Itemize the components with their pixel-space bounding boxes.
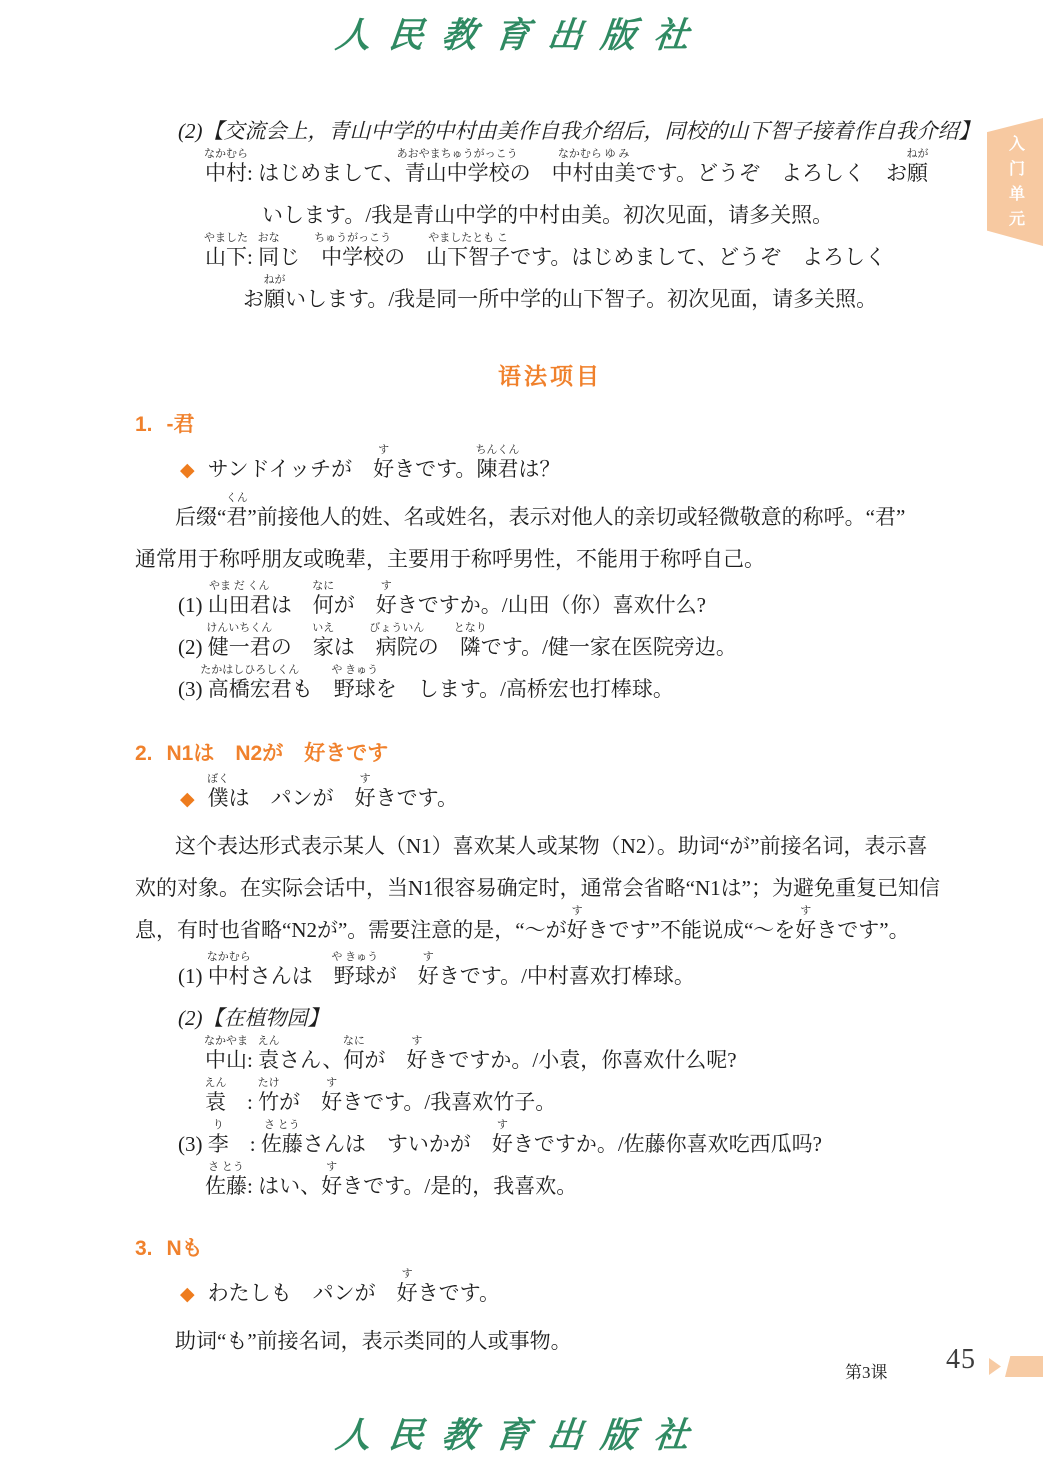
item-2-number: 2. — [135, 742, 153, 765]
publisher-logo-top: 人民教育出版社 — [0, 8, 1043, 58]
ruby-base: 好す — [795, 918, 816, 942]
text-line: 助词“も”前接名词，表示类同的人或事物。 — [175, 1320, 965, 1362]
ruby-base: 好す — [373, 457, 394, 481]
furigana: す — [381, 581, 392, 592]
item-3-key-sentence-text: わたしも パンが 好すきです。 — [208, 1281, 500, 1305]
lesson-label: 第3课 — [845, 1358, 888, 1383]
diamond-bullet-icon: ◆ — [180, 459, 195, 481]
item-1-number: 1. — [135, 413, 153, 436]
furigana: えん — [205, 1078, 227, 1089]
furigana: なかむら — [207, 952, 251, 963]
text-line: 中山なかやま: 袁えんさん、何なにが 好すきですか。/小袁，你喜欢什么呢? — [205, 1039, 965, 1081]
diamond-bullet-icon: ◆ — [180, 1283, 195, 1305]
item-1-examples: (1) 山田君やま だ くんは 何なにが 好すきですか。/山田（你）喜欢什么?(… — [135, 584, 965, 710]
furigana: ねが — [264, 275, 286, 286]
ruby-base: 佐藤さ とう — [205, 1174, 247, 1198]
ruby-base: 好す — [355, 786, 376, 810]
furigana: いえ — [312, 623, 334, 634]
ruby-base: 願ねが — [264, 287, 285, 311]
dialogue-intro: (2)【交流会上，青山中学的中村由美作自我介绍后，同校的山下智子接着作自我介绍】 — [178, 110, 965, 152]
ruby-base: 同おな — [258, 245, 279, 269]
ruby-base: 佐藤さ とう — [261, 1132, 303, 1156]
unit-tab: 入门单元 — [987, 118, 1043, 246]
ruby-base: 青山中学校あおやまちゅうがっこう — [405, 161, 510, 185]
furigana: す — [326, 1078, 337, 1089]
item-1-explanation: 后缀“君くん”前接他人的姓、名或姓名，表示对他人的亲切或轻微敬意的称呼。“君”通… — [135, 496, 965, 580]
item-1-key-sentence-text: サンドイッチが 好すきです。陳君ちんくんは？ — [208, 457, 561, 481]
arrow-band-icon — [1005, 1356, 1043, 1377]
text-line: (3) 李り : 佐藤さ とうさんは すいかが 好すきですか。/佐藤你喜欢吃西瓜… — [178, 1123, 965, 1165]
ruby-base: 山下智子やましたとも こ — [426, 245, 510, 269]
furigana: り — [213, 1120, 224, 1131]
ruby-base: 好す — [492, 1132, 513, 1156]
furigana: となり — [454, 623, 487, 634]
text-line: 中村なかむら: はじめまして、青山中学校あおやまちゅうがっこうの 中村由美なかむ… — [205, 152, 965, 194]
item-1-title: 1.-君 — [135, 410, 965, 440]
ruby-base: 山下やました — [205, 245, 247, 269]
furigana: ちんくん — [475, 445, 519, 456]
ruby-base: 僕ぼく — [208, 786, 229, 810]
publisher-logo-bottom: 人民教育出版社 — [0, 1408, 1043, 1458]
item-2-title: 2.N1は N2が 好きです — [135, 739, 965, 769]
ruby-base: 好す — [321, 1174, 342, 1198]
grammar-heading-wrap: 语法项目 — [135, 358, 965, 391]
ruby-base: 李り — [208, 1132, 229, 1156]
ruby-base: 袁えん — [258, 1048, 279, 1072]
ruby-base: 何なに — [313, 593, 334, 617]
item-3-number: 3. — [135, 1237, 153, 1260]
text-line: 佐藤さ とう: はい、好すきです。/是的，我喜欢。 — [205, 1165, 965, 1207]
furigana: す — [497, 1120, 508, 1131]
furigana: なかむら ゆ み — [558, 149, 630, 160]
arrow-triangle-icon — [989, 1358, 1001, 1375]
furigana: す — [411, 1036, 422, 1047]
text-line: 袁えん : 竹たけが 好すきです。/我喜欢竹子。 — [205, 1081, 965, 1123]
furigana: す — [800, 906, 811, 917]
item-3-key-sentence: ◆わたしも パンが 好すきです。 — [180, 1272, 965, 1314]
text-line: (3) 高橋宏君たかはしひろしくんも 野球や きゅうを します。/高桥宏也打棒球… — [178, 668, 965, 710]
furigana: びょういん — [369, 623, 424, 634]
item-3-explanation: 助词“も”前接名词，表示类同的人或事物。 — [135, 1320, 965, 1362]
ruby-base: 野球や きゅう — [334, 677, 376, 701]
furigana: なかやま — [204, 1036, 248, 1047]
dialogue-lines: 中村なかむら: はじめまして、青山中学校あおやまちゅうがっこうの 中村由美なかむ… — [135, 152, 965, 320]
ruby-base: 病院びょういん — [376, 635, 418, 659]
text-line: 息，有时也省略“N2が”。需要注意的是，“～が好すきです”不能说成“～を好すきで… — [135, 909, 965, 951]
item-2-title-text: N1は N2が 好きです — [167, 742, 389, 765]
ruby-base: 健一君けんいちくん — [208, 635, 271, 659]
ruby-base: 好す — [376, 593, 397, 617]
text-line: いします。/我是青山中学的中村由美。初次见面，请多关照。 — [262, 194, 965, 236]
grammar-item-2: 2.N1は N2が 好きです ◆僕ぼくは パンが 好すきです。 这个表达形式表示… — [135, 739, 965, 1207]
furigana: さ とう — [208, 1162, 244, 1173]
ruby-base: 中学校ちゅうがっこう — [321, 245, 384, 269]
ruby-base: 家いえ — [313, 635, 334, 659]
text-line: (1) 山田君やま だ くんは 何なにが 好すきですか。/山田（你）喜欢什么? — [178, 584, 965, 626]
text-line: (2) 健一君けんいちくんの 家いえは 病院びょういんの 隣となりです。/健一家… — [178, 626, 965, 668]
furigana: さ とう — [264, 1120, 300, 1131]
furigana: けんいちくん — [206, 623, 272, 634]
furigana: なかむら — [204, 149, 248, 160]
text-line: 山下やました: 同おなじ 中学校ちゅうがっこうの 山下智子やましたとも こです。… — [205, 236, 965, 278]
ruby-base: 竹たけ — [258, 1090, 279, 1114]
ruby-base: 願ねが — [907, 161, 928, 185]
text-line: (1) 中村なかむらさんは 野球や きゅうが 好すきです。/中村喜欢打棒球。 — [178, 955, 965, 997]
furigana: す — [423, 952, 434, 963]
ruby-base: 袁えん — [205, 1090, 226, 1114]
ruby-base: 好す — [406, 1048, 427, 1072]
text-line: お願ねがいします。/我是同一所中学的山下智子。初次见面，请多关照。 — [243, 278, 965, 320]
text-line: 这个表达形式表示某人（N1）喜欢某人或某物（N2）。助词“が”前接名词，表示喜 — [175, 825, 965, 867]
ruby-base: 好す — [397, 1281, 418, 1305]
furigana: す — [326, 1162, 337, 1173]
furigana: や きゅう — [331, 952, 378, 963]
furigana: くん — [226, 493, 248, 504]
ruby-base: 君くん — [226, 505, 247, 529]
ruby-base: 山田君やま だ くん — [208, 593, 271, 617]
furigana: やましたとも こ — [428, 233, 508, 244]
furigana: たかはしひろしくん — [200, 665, 299, 676]
ruby-base: 何なに — [343, 1048, 364, 1072]
furigana: や きゅう — [331, 665, 378, 676]
furigana: やました — [204, 233, 248, 244]
item-3-title: 3.Nも — [135, 1234, 965, 1264]
textbook-page: 人民教育出版社 入门单元 (2)【交流会上，青山中学的中村由美作自我介绍后，同校… — [0, 0, 1043, 1474]
text-line: 通常用于称呼朋友或晚辈，主要用于称呼男性，不能用于称呼自己。 — [135, 538, 965, 580]
item-1-title-text: -君 — [167, 413, 195, 436]
furigana: あおやまちゅうがっこう — [397, 149, 518, 160]
grammar-item-3: 3.Nも ◆わたしも パンが 好すきです。 助词“も”前接名词，表示类同的人或事… — [135, 1234, 965, 1362]
furigana: ねが — [907, 149, 929, 160]
ruby-base: 野球や きゅう — [334, 964, 376, 988]
ruby-base: 中村なかむら — [205, 161, 247, 185]
furigana: す — [402, 1269, 413, 1280]
ruby-base: 好す — [418, 964, 439, 988]
furigana: ちゅうがっこう — [314, 233, 391, 244]
text-line: 后缀“君くん”前接他人的姓、名或姓名，表示对他人的亲切或轻微敬意的称呼。“君” — [175, 496, 965, 538]
unit-tab-label: 入门单元 — [1004, 135, 1027, 235]
furigana: えん — [258, 1036, 280, 1047]
item-3-title-text: Nも — [167, 1237, 203, 1260]
furigana: なに — [312, 581, 334, 592]
furigana: やま だ くん — [209, 581, 270, 592]
item-2-key-sentence: ◆僕ぼくは パンが 好すきです。 — [180, 777, 965, 819]
furigana: たけ — [258, 1078, 280, 1089]
ruby-base: 高橋宏君たかはしひろしくん — [208, 677, 292, 701]
grammar-item-1: 1.-君 ◆サンドイッチが 好すきです。陳君ちんくんは？ 后缀“君くん”前接他人… — [135, 410, 965, 710]
item-2-examples: (1) 中村なかむらさんは 野球や きゅうが 好すきです。/中村喜欢打棒球。(2… — [135, 955, 965, 1207]
text-line: 欢的对象。在实际会话中，当N1很容易确定时，通常会省略“N1は”；为避免重复已知… — [135, 867, 965, 909]
furigana: す — [360, 774, 371, 785]
ruby-base: 好す — [321, 1090, 342, 1114]
text-line: (2)【在植物园】 — [178, 997, 965, 1039]
furigana: ぼく — [207, 774, 229, 785]
ruby-base: 陳君ちんくん — [476, 457, 518, 481]
item-2-explanation: 这个表达形式表示某人（N1）喜欢某人或某物（N2）。助词“が”前接名词，表示喜欢… — [135, 825, 965, 951]
page-number: 45 — [946, 1344, 976, 1376]
furigana: す — [378, 445, 389, 456]
ruby-base: 中山なかやま — [205, 1048, 247, 1072]
dialogue-section: (2)【交流会上，青山中学的中村由美作自我介绍后，同校的山下智子接着作自我介绍】… — [135, 110, 965, 320]
furigana: す — [572, 906, 583, 917]
furigana: おな — [258, 233, 280, 244]
grammar-section-title: 语法项目 — [498, 358, 602, 391]
page-corner-arrow — [989, 1356, 1043, 1377]
ruby-base: 好す — [567, 918, 588, 942]
item-1-key-sentence: ◆サンドイッチが 好すきです。陳君ちんくんは？ — [180, 448, 965, 490]
diamond-bullet-icon: ◆ — [180, 788, 195, 810]
item-2-key-sentence-text: 僕ぼくは パンが 好すきです。 — [208, 786, 458, 810]
ruby-base: 隣となり — [460, 635, 481, 659]
ruby-base: 中村由美なかむら ゆ み — [552, 161, 636, 185]
furigana: なに — [343, 1036, 365, 1047]
ruby-base: 中村なかむら — [208, 964, 250, 988]
